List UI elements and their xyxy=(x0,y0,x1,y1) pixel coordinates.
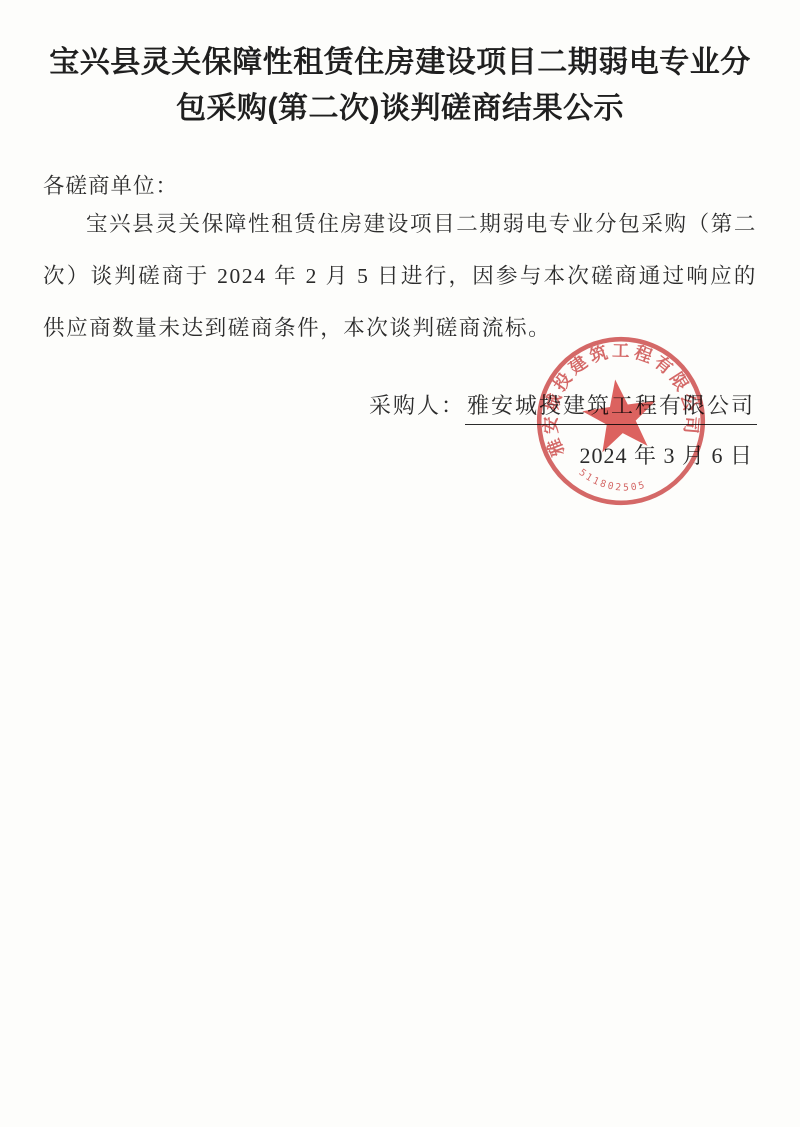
page-title-line1: 宝兴县灵关保障性租赁住房建设项目二期弱电专业分 xyxy=(49,46,751,79)
document-page: 宝兴县灵关保障性租赁住房建设项目二期弱电专业分 包采购(第二次)谈判磋商结果公示… xyxy=(0,0,800,1127)
signature-date: 2024 年 3 月 6 日 xyxy=(0,441,757,471)
page-title-line2: 包采购(第二次)谈判磋商结果公示 xyxy=(176,92,624,125)
page-title: 宝兴县灵关保障性租赁住房建设项目二期弱电专业分 包采购(第二次)谈判磋商结果公示 xyxy=(0,0,800,132)
purchaser-line: 采购人：雅安城投建筑工程有限公司 xyxy=(0,391,757,425)
body-paragraph: 宝兴县灵关保障性租赁住房建设项目二期弱电专业分包采购（第二次）谈判磋商于 202… xyxy=(43,198,757,354)
signature-block: 采购人：雅安城投建筑工程有限公司 2024 年 3 月 6 日 xyxy=(0,391,757,471)
purchaser-label: 采购人： xyxy=(369,393,465,418)
salutation: 各磋商单位： xyxy=(43,174,757,198)
purchaser-name: 雅安城投建筑工程有限公司 xyxy=(465,391,757,425)
